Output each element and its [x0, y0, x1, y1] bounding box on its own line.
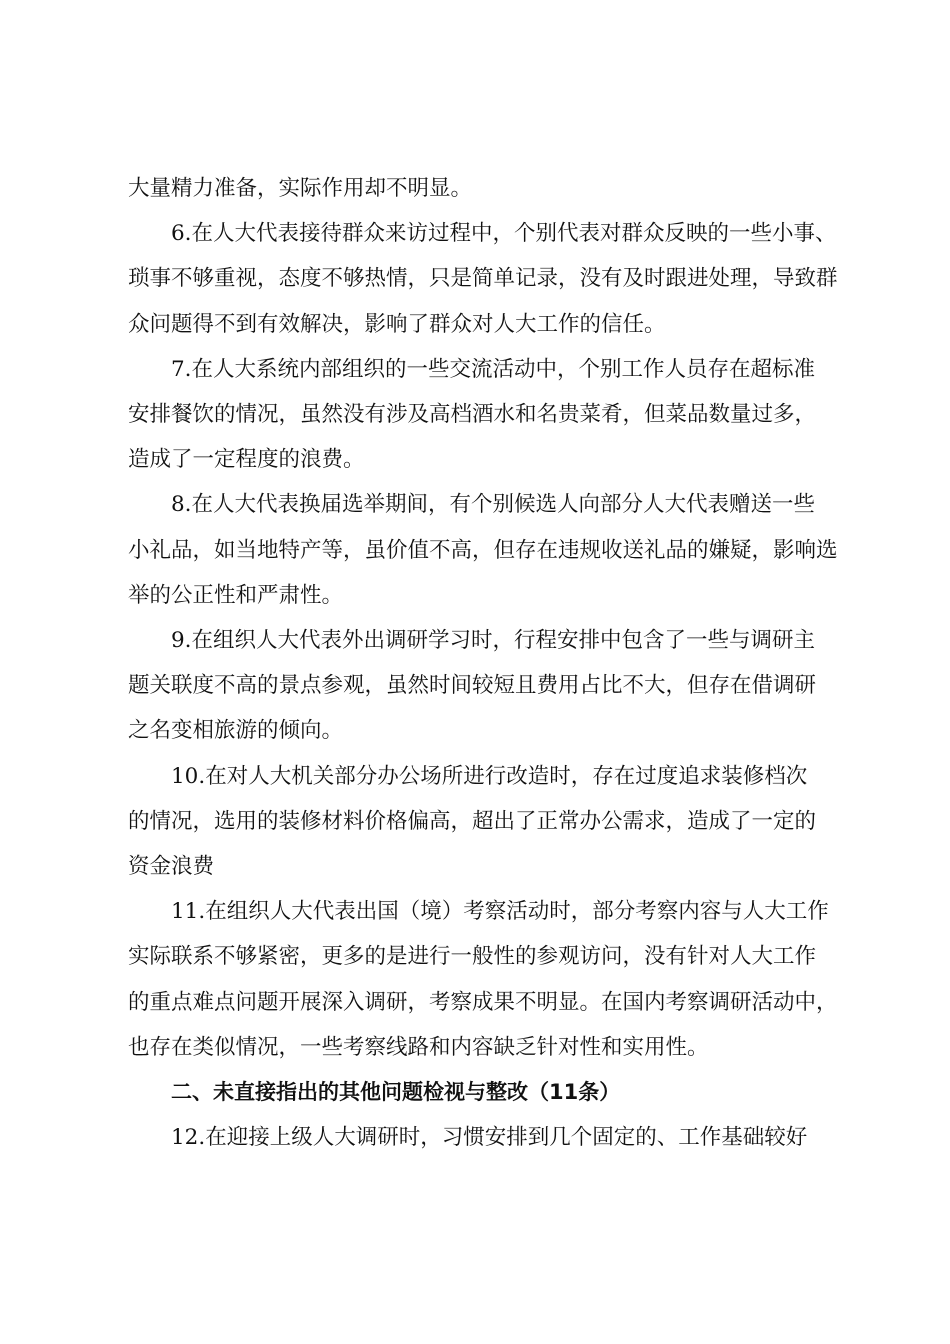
text-line: 10.在对人大机关部分办公场所进行改造时，存在过度追求装修档次: [128, 754, 834, 799]
paragraph-10: 10.在对人大机关部分办公场所进行改造时，存在过度追求装修档次 的情况，选用的装…: [128, 754, 834, 890]
paragraph-5-tail: 大量精力准备，实际作用却不明显。: [128, 166, 834, 211]
text-line: 实际联系不够紧密，更多的是进行一般性的参观访问，没有针对人大工作: [128, 934, 834, 979]
text-line: 造成了一定程度的浪费。: [128, 437, 834, 482]
text-line: 举的公正性和严肃性。: [128, 573, 834, 618]
paragraph-9: 9.在组织人大代表外出调研学习时，行程安排中包含了一些与调研主 题关联度不高的景…: [128, 618, 834, 754]
text-line: 的情况，选用的装修材料价格偏高，超出了正常办公需求，造成了一定的: [128, 799, 834, 844]
document-page: 大量精力准备，实际作用却不明显。 6.在人大代表接待群众来访过程中，个别代表对群…: [128, 166, 834, 1160]
text-line: 之名变相旅游的倾向。: [128, 708, 834, 753]
text-line: 安排餐饮的情况，虽然没有涉及高档酒水和名贵菜肴，但菜品数量过多，: [128, 392, 834, 437]
paragraph-6: 6.在人大代表接待群众来访过程中，个别代表对群众反映的一些小事、 琐事不够重视，…: [128, 211, 834, 347]
text-line: 7.在人大系统内部组织的一些交流活动中，个别工作人员存在超标准: [128, 347, 834, 392]
text-line: 9.在组织人大代表外出调研学习时，行程安排中包含了一些与调研主: [128, 618, 834, 663]
paragraph-11: 11.在组织人大代表出国（境）考察活动时，部分考察内容与人大工作 实际联系不够紧…: [128, 889, 834, 1070]
text-line: 琐事不够重视，态度不够热情，只是简单记录，没有及时跟进处理，导致群: [128, 256, 834, 301]
text-line: 8.在人大代表换届选举期间，有个别候选人向部分人大代表赠送一些: [128, 482, 834, 527]
text-line: 题关联度不高的景点参观，虽然时间较短且费用占比不大，但存在借调研: [128, 663, 834, 708]
paragraph-7: 7.在人大系统内部组织的一些交流活动中，个别工作人员存在超标准 安排餐饮的情况，…: [128, 347, 834, 483]
text-line: 的重点难点问题开展深入调研，考察成果不明显。在国内考察调研活动中，: [128, 980, 834, 1025]
text-line: 大量精力准备，实际作用却不明显。: [128, 166, 834, 211]
text-line: 众问题得不到有效解决，影响了群众对人大工作的信任。: [128, 302, 834, 347]
text-line: 资金浪费: [128, 844, 834, 889]
text-line: 也存在类似情况，一些考察线路和内容缺乏针对性和实用性。: [128, 1025, 834, 1070]
text-line: 小礼品，如当地特产等，虽价值不高，但存在违规收送礼品的嫌疑，影响选: [128, 528, 834, 573]
text-line: 12.在迎接上级人大调研时，习惯安排到几个固定的、工作基础较好: [128, 1115, 834, 1160]
text-line: 6.在人大代表接待群众来访过程中，个别代表对群众反映的一些小事、: [128, 211, 834, 256]
text-line: 11.在组织人大代表出国（境）考察活动时，部分考察内容与人大工作: [128, 889, 834, 934]
section-heading: 二、未直接指出的其他问题检视与整改（11条）: [128, 1070, 834, 1115]
paragraph-8: 8.在人大代表换届选举期间，有个别候选人向部分人大代表赠送一些 小礼品，如当地特…: [128, 482, 834, 618]
paragraph-12: 12.在迎接上级人大调研时，习惯安排到几个固定的、工作基础较好: [128, 1115, 834, 1160]
